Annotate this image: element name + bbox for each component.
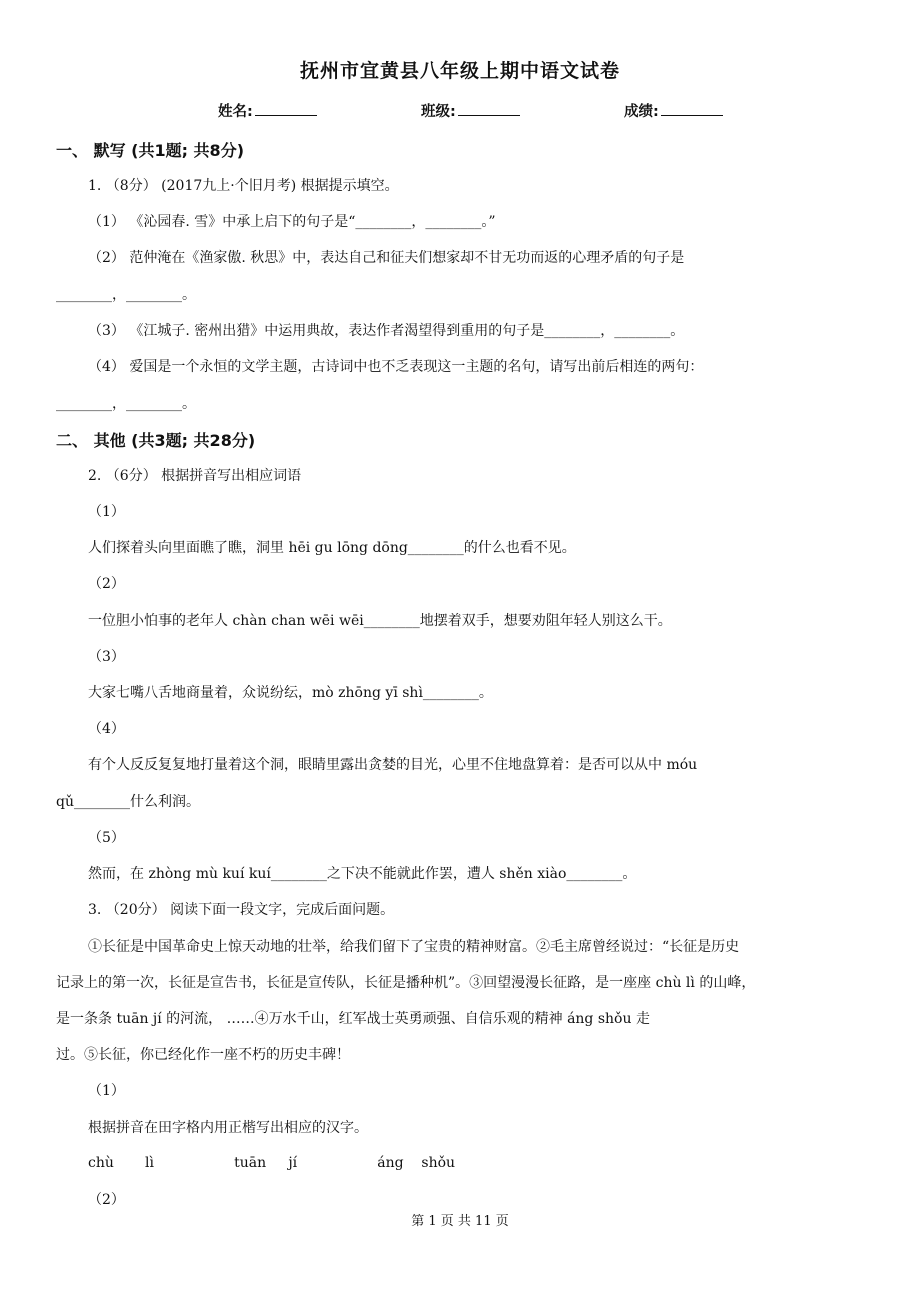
question-3-sub-2-label: （2） [88, 1189, 125, 1209]
name-blank[interactable] [255, 101, 317, 116]
question-1-part-2: （2） 范仲淹在《渔家傲. 秋思》中，表达自己和征夫们想家却不甘无功而返的心理矛… [88, 247, 684, 267]
question-2-sub-4-cont: qǔ________什么利润。 [56, 791, 200, 811]
score-label: 成绩: [624, 104, 659, 120]
score-blank[interactable] [661, 101, 723, 116]
question-2-sub-3-text: 大家七嘴八舌地商量着，众说纷纭，mò zhōng yī shì________。 [88, 682, 493, 702]
question-1-part-4: （4） 爱国是一个永恒的文学主题，古诗词中也不乏表现这一主题的名句，请写出前后相… [88, 356, 703, 376]
exam-title: 抚州市宜黄县八年级上期中语文试卷 [0, 56, 920, 83]
question-2-stem: 2. （6分） 根据拼音写出相应词语 [88, 465, 301, 485]
question-2-sub-1-label: （1） [88, 501, 125, 521]
question-2-sub-3-label: （3） [88, 646, 125, 666]
class-blank[interactable] [458, 101, 520, 116]
question-1-part-1: （1） 《沁园春. 雪》中承上启下的句子是“________，________。… [88, 211, 496, 231]
score-field[interactable]: 成绩: [624, 100, 723, 121]
question-2-sub-5-text: 然而，在 zhòng mù kuí kuí________之下决不能就此作罢，遭… [88, 863, 636, 883]
question-3-sub-1-text: 根据拼音在田字格内用正楷写出相应的汉字。 [88, 1117, 368, 1137]
passage-line-3: 是一条条 tuān jí 的河流， ……④万水千山，红军战士英勇顽强、自信乐观的… [56, 1008, 650, 1028]
question-2-sub-4-text: 有个人反反复复地打量着这个洞，眼睛里露出贪婪的目光，心里不住地盘算着：是否可以从… [88, 754, 697, 774]
question-1-stem: 1. （8分） (2017九上·个旧月考) 根据提示填空。 [88, 175, 399, 195]
section-heading-1: 一、 默写 (共1题; 共8分) [56, 138, 244, 161]
name-field[interactable]: 姓名: [218, 100, 317, 121]
name-label: 姓名: [218, 104, 253, 120]
section-heading-2: 二、 其他 (共3题; 共28分) [56, 428, 255, 451]
passage-line-2: 记录上的第一次，长征是宣告书，长征是宣传队，长征是播种机”。③回望漫漫长征路，是… [56, 972, 755, 992]
question-2-sub-1-text: 人们探着头向里面瞧了瞧，洞里 hēi gu lōng dōng________的… [88, 537, 576, 557]
page-number: 第 1 页 共 11 页 [0, 1210, 920, 1229]
question-1-part-3: （3） 《江城子. 密州出猎》中运用典故，表达作者渴望得到重用的句子是_____… [88, 320, 684, 340]
question-1-part-4-blanks: ________，________。 [56, 393, 196, 413]
question-2-sub-2-text: 一位胆小怕事的老年人 chàn chan wēi wēi________地摆着双… [88, 610, 672, 630]
pinyin-row: chù lì tuān jí áng shǒu [88, 1155, 455, 1171]
question-2-sub-5-label: （5） [88, 827, 125, 847]
passage-line-1: ①长征是中国革命史上惊天动地的壮举，给我们留下了宝贵的精神财富。②毛主席曾经说过… [88, 936, 739, 956]
question-2-sub-2-label: （2） [88, 573, 125, 593]
question-2-sub-4-label: （4） [88, 718, 125, 738]
question-3-sub-1-label: （1） [88, 1080, 125, 1100]
class-field[interactable]: 班级: [421, 100, 520, 121]
passage-line-4: 过。⑤长征，你已经化作一座不朽的历史丰碑！ [56, 1044, 350, 1064]
student-info-row: 姓名: 班级: 成绩: [0, 100, 920, 122]
class-label: 班级: [421, 104, 456, 120]
question-3-stem: 3. （20分） 阅读下面一段文字，完成后面问题。 [88, 899, 394, 919]
question-1-part-2-blanks: ________，________。 [56, 284, 196, 304]
